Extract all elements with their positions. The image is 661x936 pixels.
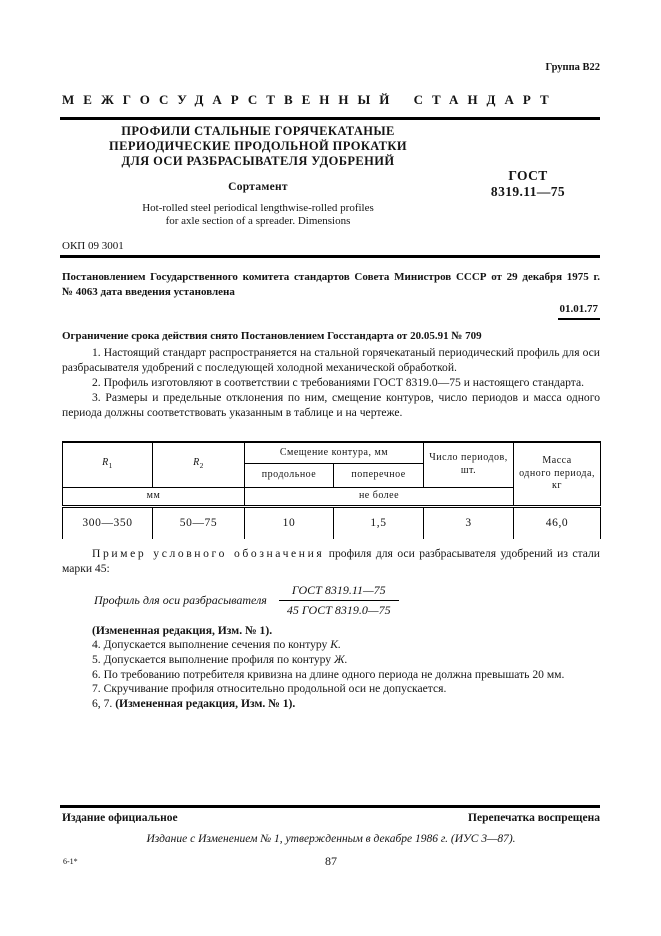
standard-kind-heading: МЕЖГОСУДАРСТВЕННЫЙ СТАНДАРТ (62, 92, 600, 108)
clause-7: 7. Скручивание профиля относительно прод… (62, 682, 600, 697)
unit-mm-cell: мм (63, 487, 245, 506)
okp-rule (60, 255, 600, 258)
footer-rule (60, 805, 600, 808)
cell-periods-value: 3 (424, 506, 514, 539)
title-line-3: ДЛЯ ОСИ РАЗБРАСЫВАТЕЛЯ УДОБРЕНИЙ (62, 154, 454, 169)
clause-2: 2. Профиль изготовляют в соответствии с … (62, 376, 600, 391)
title-block: ПРОФИЛИ СТАЛЬНЫЕ ГОРЯЧЕКАТАНЫЕ ПЕРИОДИЧЕ… (62, 124, 454, 228)
group-label: Группа В22 (62, 62, 600, 73)
effective-date-row: 01.01.77 (62, 302, 600, 320)
okp-code: ОКП 09 3001 (62, 240, 124, 252)
spec-table: R1 R2 Смещение контура, мм Число периодо… (62, 441, 601, 539)
header-rule (60, 117, 600, 120)
designation-formula: Профиль для оси разбрасывателя ГОСТ 8319… (94, 583, 600, 618)
cell-longitudinal-value: 10 (245, 506, 334, 539)
col-header-r1: R1 (63, 442, 153, 487)
contour-k-symbol: К. (330, 638, 341, 651)
contour-zh-symbol: Ж. (334, 653, 348, 666)
decree-block: Постановлением Государственного комитета… (62, 270, 600, 343)
example-lead: Пример условного обозначения профиля для… (62, 546, 600, 576)
clause-5: 5. Допускается выполнение профиля по кон… (62, 653, 600, 668)
gost-designation-number: 8319.11—75 (448, 184, 608, 200)
col-header-periods: Число периодов, шт. (424, 442, 514, 487)
formula-label: Профиль для оси разбрасывателя (94, 593, 267, 608)
example-section: Пример условного обозначения профиля для… (62, 546, 600, 712)
table-row: 300—350 50—75 10 1,5 3 46,0 (63, 506, 601, 539)
title-line-1: ПРОФИЛИ СТАЛЬНЫЕ ГОРЯЧЕКАТАНЫЕ (62, 124, 454, 139)
official-edition-label: Издание официальное (62, 812, 178, 824)
title-english-line-1: Hot-rolled steel periodical lengthwise-r… (62, 202, 454, 215)
cell-transverse-value: 1,5 (334, 506, 424, 539)
gost-designation: ГОСТ 8319.11—75 (448, 168, 608, 199)
cell-mass-value: 46,0 (514, 506, 601, 539)
col-header-longitudinal: продольное (245, 463, 334, 487)
footer-row: Издание официальное Перепечатка воспреще… (62, 812, 600, 824)
decree-line-1: Постановлением Государственного комитета… (62, 270, 600, 285)
col-header-transverse: поперечное (334, 463, 424, 487)
effective-date: 01.01.77 (558, 302, 601, 320)
col-header-offset: Смещение контура, мм (245, 442, 424, 463)
limitation-note: Ограничение срока действия снято Постано… (62, 329, 600, 344)
amendment-note-1: (Измененная редакция, Изм. № 1). (62, 624, 600, 637)
reprint-prohibited-label: Перепечатка воспрещена (468, 812, 600, 824)
title-line-2: ПЕРИОДИЧЕСКИЕ ПРОДОЛЬНОЙ ПРОКАТКИ (62, 139, 454, 154)
clause-1: 1. Настоящий стандарт распространяется н… (62, 346, 600, 376)
formula-numerator: ГОСТ 8319.11—75 (279, 583, 399, 601)
amendment-note-6-7: 6, 7. (Измененная редакция, Изм. № 1). (62, 697, 600, 712)
title-english: Hot-rolled steel periodical lengthwise-r… (62, 202, 454, 228)
not-more-cell: не более (245, 487, 514, 506)
col-header-r2: R2 (153, 442, 245, 487)
gost-designation-word: ГОСТ (448, 168, 608, 184)
mass-header-line-3: кг (516, 480, 598, 493)
mass-header-line-1: Масса (516, 455, 598, 468)
example-lead-spaced: Пример условного обозначения (92, 547, 324, 560)
edition-note: Издание с Изменением № 1, утвержденным в… (62, 833, 600, 845)
clause-6: 6. По требованию потребителя кривизна на… (62, 668, 600, 683)
cell-r1-value: 300—350 (63, 506, 153, 539)
clause-4: 4. Допускается выполнение сечения по кон… (62, 638, 600, 653)
title-english-line-2: for axle section of a spreader. Dimensio… (62, 215, 454, 228)
clause-3: 3. Размеры и предельные отклонения по ни… (62, 391, 600, 421)
page-number: 87 (62, 854, 600, 869)
formula-denominator: 45 ГОСТ 8319.0—75 (279, 601, 399, 618)
col-header-mass: Масса одного периода, кг (514, 442, 601, 506)
clauses-4-7: 4. Допускается выполнение сечения по кон… (62, 638, 600, 712)
formula-fraction: ГОСТ 8319.11—75 45 ГОСТ 8319.0—75 (279, 583, 399, 618)
mass-header-line-2: одного периода, (516, 468, 598, 481)
subtitle: Сортамент (62, 181, 454, 193)
cell-r2-value: 50—75 (153, 506, 245, 539)
decree-line-2: № 4063 дата введения установлена (62, 285, 600, 300)
clauses-block: 1. Настоящий стандарт распространяется н… (62, 346, 600, 421)
